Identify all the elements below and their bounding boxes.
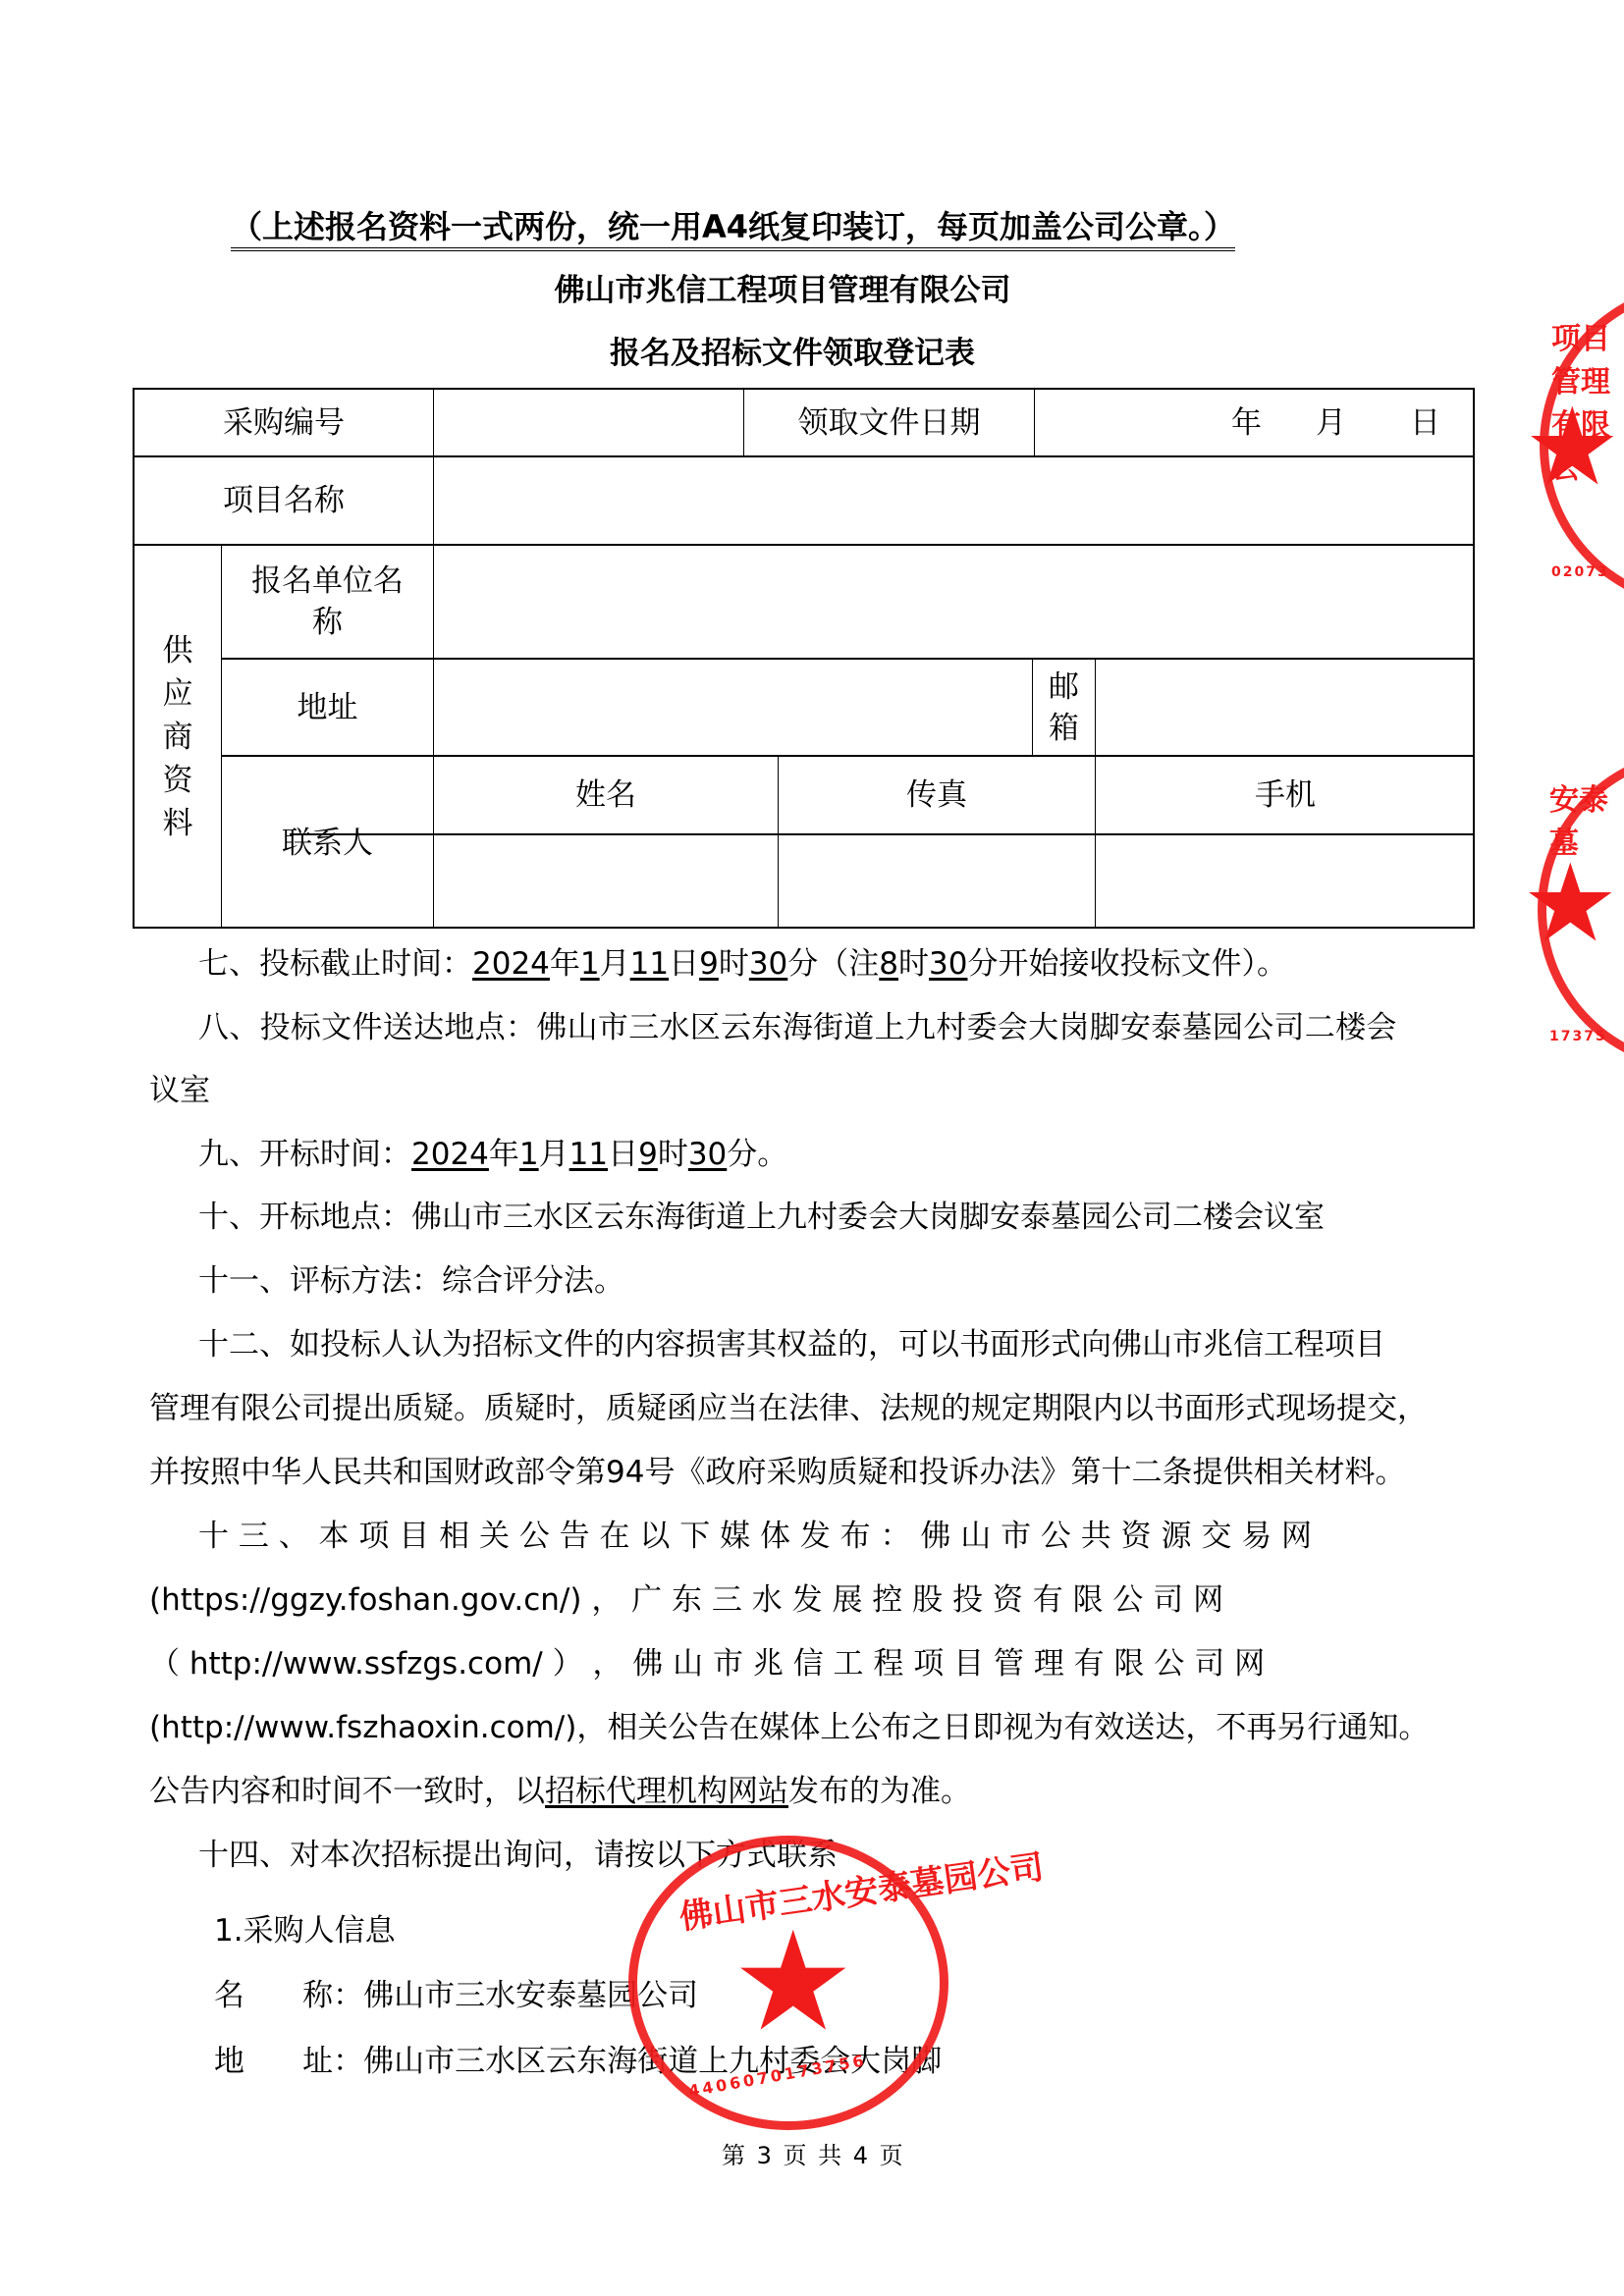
seam-stamp-star-icon: ★ [1522,849,1619,957]
email-label-char: 箱 [1049,708,1079,749]
purchaser-info-heading: 1.采购人信息 [214,1911,396,1950]
project-name-field[interactable] [434,457,1475,544]
date-day-label: 日 [1410,402,1440,444]
email-field[interactable] [1096,660,1475,755]
unit-name-label-line2: 称 [312,602,343,643]
unit-name-label: 报名单位名 称 [222,546,433,658]
s7-month: 1 [580,946,600,982]
seam-stamp-top-number: 02073 [1551,564,1609,580]
procurement-no-label: 采购编号 [135,390,433,455]
section-11-evaluation-method: 十一、评标方法：综合评分法。 [198,1261,624,1301]
contact-fax-field[interactable] [779,835,1095,929]
section-9-opening-time: 九、开标时间：2024年1月11日9时30分。 [198,1135,787,1174]
section-13-line3: （ http://www.ssfzgs.com/ ） ， 佛 山 市 兆 信 工… [149,1644,1265,1683]
contact-name-header: 姓名 [434,757,778,833]
section-8-location-line1: 八、投标文件送达地点：佛山市三水区云东海街道上九村委会大岗脚安泰墓园公司二楼会 [198,1008,1397,1047]
project-name-label: 项目名称 [135,457,433,544]
supplier-label-char: 资 [163,759,193,802]
submission-note: （上述报名资料一式两份，统一用A4纸复印装订，每页加盖公司公章。） [231,206,1235,251]
seal-star-icon: ★ [731,1914,855,2052]
section-13-line1: 十 三 、 本 项 目 相 关 公 告 在 以 下 媒 体 发 布 ： 佛 山 … [198,1517,1312,1556]
s9-month: 1 [519,1137,539,1172]
s7-label: 七、投标截止时间： [198,946,472,982]
s9-label: 九、开标时间： [198,1137,411,1172]
date-year-label: 年 [1231,402,1262,444]
section-12-line1: 十二、如投标人认为招标文件的内容损害其权益的，可以书面形式向佛山市兆信工程项目 [198,1325,1385,1364]
section-12-line2: 管理有限公司提出质疑。质疑时，质疑函应当在法律、法规的规定期限内以书面形式现场提… [149,1389,1428,1428]
s9-day: 11 [569,1137,608,1172]
seam-stamp-top-text: 项目管理有限公 [1551,314,1624,487]
email-label-char: 邮 [1049,667,1079,708]
date-month-label: 月 [1316,402,1346,444]
section-13-line4: (http://www.fszhaoxin.com/)，相关公告在媒体上公布之日… [149,1708,1429,1747]
s7-day: 11 [630,946,669,982]
receive-date-field[interactable]: 年 月 日 [1035,390,1475,455]
receive-date-label: 领取文件日期 [744,390,1034,455]
address-label: 地址 [222,660,433,755]
section-13-line5: 公告内容和时间不一致时，以招标代理机构网站发布的为准。 [149,1772,971,1811]
s7-hour: 9 [699,946,719,982]
s7-note-minute: 30 [929,946,967,982]
s9-year: 2024 [411,1137,489,1172]
purchaser-address-label: 地 址： [214,2044,363,2079]
unit-name-label-line1: 报名单位名 [251,561,404,602]
supplier-label-char: 供 [163,629,193,672]
contact-mobile-header: 手机 [1096,757,1475,833]
seam-stamp-bottom-number: 17375 [1549,1029,1607,1044]
unit-name-field[interactable] [434,546,1475,658]
section-12-line3: 并按照中华人民共和国财政部令第94号《政府采购质疑和投诉办法》第十二条提供相关材… [149,1453,1405,1492]
s9-minute: 30 [688,1137,727,1172]
s7-year: 2024 [472,946,550,982]
section-8-location-line2: 议室 [149,1071,210,1110]
email-label: 邮 箱 [1033,660,1095,755]
supplier-label-char: 商 [163,716,193,759]
company-title: 佛山市兆信工程项目管理有限公司 [0,271,1595,310]
s7-note-hour: 8 [879,946,898,982]
contact-fax-header: 传真 [779,757,1095,833]
supplier-label-char: 料 [163,802,193,845]
page-number: 第 3 页 共 4 页 [722,2136,905,2170]
form-title: 报名及招标文件领取登记表 [0,334,1604,373]
section-7-deadline: 七、投标截止时间：2024年1月11日9时30分（注8时30分开始接收投标文件）… [198,944,1287,984]
section-13-line2: (https://ggzy.foshan.gov.cn/) ， 广 东 三 水 … [149,1580,1223,1620]
procurement-no-field[interactable] [434,390,743,455]
contact-person-label: 联系人 [222,757,433,929]
registration-table: 采购编号 领取文件日期 年 月 日 项目名称 供 应 商 资 料 报名单位名 称… [133,388,1475,929]
supplier-info-label: 供 应 商 资 料 [135,546,221,929]
s9-hour: 9 [638,1137,658,1172]
seam-stamp-bottom-text: 安泰墓 [1549,775,1624,862]
contact-name-field[interactable] [434,835,778,929]
s13-line5-prefix: 公告内容和时间不一致时，以 [149,1774,545,1809]
s7-minute: 30 [749,946,787,982]
address-field[interactable] [434,660,1032,755]
contact-mobile-field[interactable] [1096,835,1475,929]
purchaser-name: 名 称：佛山市三水安泰墓园公司 [214,1976,698,2015]
s13-line5-suffix: 发布的为准。 [788,1774,971,1809]
s7-note-suffix: 分开始接收投标文件）。 [967,946,1287,982]
supplier-label-char: 应 [163,672,193,716]
s7-note-prefix: （注 [818,946,879,982]
agency-website-text: 招标代理机构网站 [545,1774,788,1809]
purchaser-name-label: 名 称： [214,1978,363,2013]
section-10-opening-location: 十、开标地点：佛山市三水区云东海街道上九村委会大岗脚安泰墓园公司二楼会议室 [198,1198,1325,1237]
